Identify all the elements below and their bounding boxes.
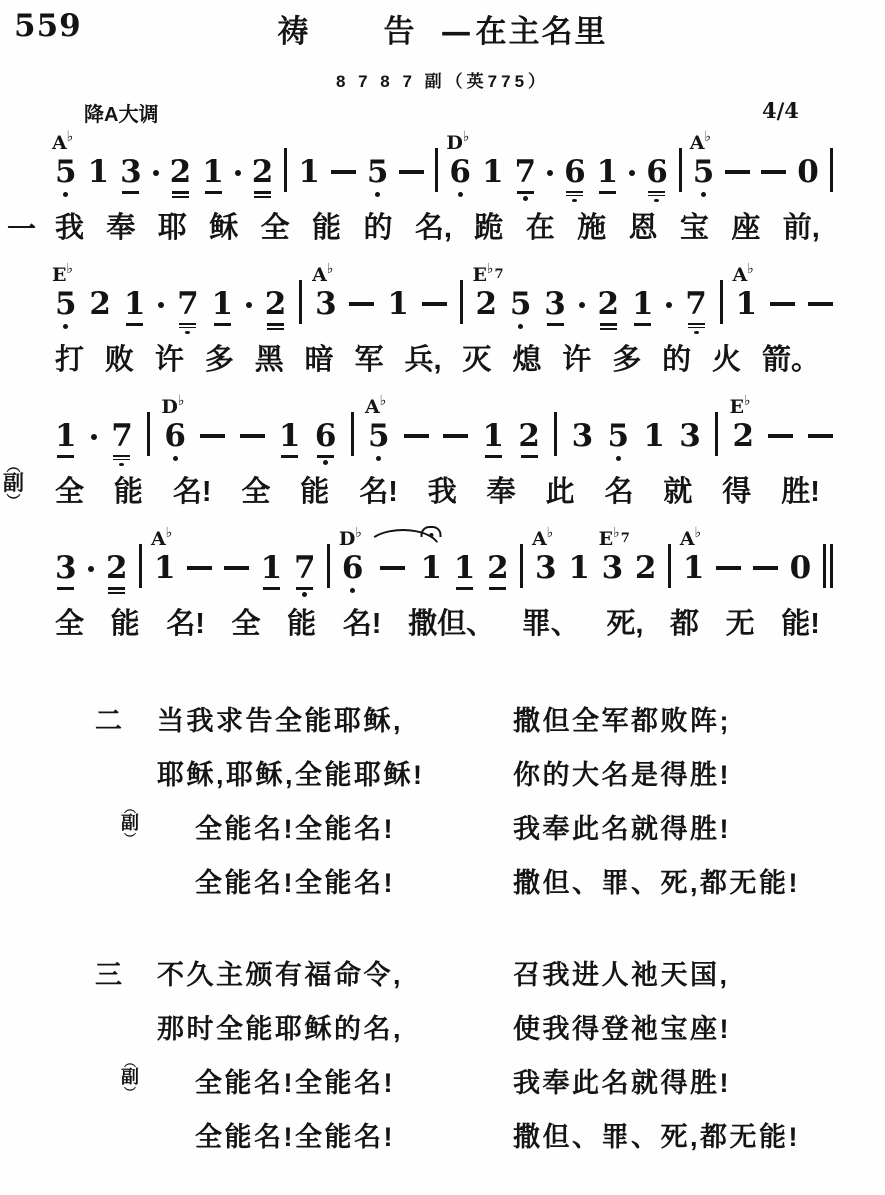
hymn-title-subtitle: 在主名里	[476, 14, 608, 49]
under-zone	[126, 321, 143, 334]
chord-zone	[279, 394, 301, 419]
barline	[147, 394, 150, 466]
chord-zone	[387, 262, 409, 287]
note-digit: 5	[55, 155, 77, 189]
under-zone	[648, 189, 665, 202]
note: 1	[482, 130, 504, 202]
note: 1	[643, 394, 665, 466]
music-system: 17D♭616A♭5123513E♭2	[55, 394, 833, 466]
note-digit	[830, 155, 833, 189]
octave-dot	[323, 460, 328, 465]
augmentation-dot	[629, 130, 635, 202]
note: 2	[106, 526, 128, 598]
lyric-syllable: 多	[205, 339, 234, 381]
chord-symbol: E♭7	[472, 264, 503, 286]
octave-dot	[63, 324, 68, 329]
note-digit	[520, 551, 523, 585]
chord-zone: D♭	[342, 526, 364, 551]
chord-symbol: A♭	[690, 132, 711, 154]
note-digit	[629, 155, 635, 189]
flat-icon: ♭	[67, 129, 74, 145]
chord-zone	[158, 262, 164, 287]
lyric-syllable: 无	[726, 603, 755, 645]
lyric-syllable: 名,	[415, 207, 452, 249]
chord-zone	[351, 394, 354, 419]
duration-dash-mark	[753, 566, 778, 570]
under-zone	[254, 189, 271, 202]
verse-line: 三不久主颁有福命令,召我进人祂天国,	[95, 953, 885, 1007]
lyric-syllable: 能!	[781, 603, 820, 645]
flat-icon: ♭	[744, 393, 751, 409]
chord-zone	[454, 526, 476, 551]
chord-zone	[153, 130, 159, 155]
under-zone	[566, 189, 583, 202]
under-zone	[376, 453, 381, 466]
underline-mark	[648, 191, 665, 193]
lyric-syllable: 能	[114, 471, 143, 513]
verse-line-left: 全能名!全能名!	[157, 861, 513, 900]
verse-line-left: 不久主颁有福命令,	[157, 953, 513, 992]
underline-mark	[566, 195, 583, 197]
chord-zone: A♭	[535, 526, 557, 551]
chord-zone	[88, 130, 110, 155]
note-digit	[224, 551, 249, 585]
lyric-syllable: 就	[663, 471, 692, 513]
note: 1	[632, 262, 654, 334]
bracket-top-icon: ︵	[124, 803, 136, 813]
duration-dash	[349, 262, 374, 334]
note: 3	[120, 130, 142, 202]
chord-symbol: A♭	[532, 528, 553, 550]
chord-zone	[564, 130, 586, 155]
duration-dash-mark	[725, 170, 750, 174]
note-digit	[327, 551, 330, 585]
verse-line-right: 撒但全军都败阵;	[513, 699, 731, 738]
octave-dot	[518, 324, 523, 329]
lyric-syllable: 耶	[158, 207, 187, 249]
barline	[679, 130, 682, 202]
note-digit	[761, 155, 786, 189]
note: 1	[55, 394, 77, 466]
note: 3	[55, 526, 77, 598]
lyric-syllable: 奉	[106, 207, 135, 249]
chord-zone	[55, 526, 77, 551]
underline-mark	[521, 455, 538, 458]
duration-dash	[399, 130, 424, 202]
lyric-syllable: 败	[105, 339, 134, 381]
refrain-marker: ︵副︶	[3, 461, 24, 507]
note: D♭6	[164, 394, 186, 466]
under-zone	[599, 189, 616, 202]
chord-zone: A♭	[683, 526, 705, 551]
lyric-syllable: 能	[111, 603, 140, 645]
note: A♭1	[736, 262, 758, 334]
note-digit: 2	[635, 551, 657, 585]
underline-mark	[214, 323, 231, 326]
underline-mark	[485, 455, 502, 458]
chord-zone	[668, 526, 671, 551]
underline-mark	[688, 327, 705, 329]
lyric-syllable: 打	[55, 339, 84, 381]
underline-mark	[517, 191, 534, 194]
flat-icon: ♭	[66, 261, 73, 277]
note-digit: 3	[120, 155, 142, 189]
note-digit	[147, 419, 150, 453]
note-digit	[808, 419, 833, 453]
note-digit	[770, 287, 795, 321]
chord-zone	[331, 130, 356, 155]
duration-dash	[443, 394, 468, 466]
verse-line: 耶稣,耶稣,全能耶稣!你的大名是得胜!	[95, 753, 885, 807]
note: A♭1	[154, 526, 176, 598]
note-digit: 5	[55, 287, 77, 321]
flat-icon: ♭	[704, 129, 711, 145]
chord-zone	[547, 130, 553, 155]
lyric-syllable: 全	[241, 471, 270, 513]
chord-zone	[510, 262, 532, 287]
chord-zone	[435, 130, 438, 155]
note: A♭3	[535, 526, 557, 598]
note: 1	[88, 130, 110, 202]
note-digit	[349, 287, 374, 321]
duration-dash-mark	[224, 566, 249, 570]
chord-zone	[202, 130, 224, 155]
chord-zone	[666, 262, 672, 287]
chord-zone	[111, 394, 133, 419]
chord-zone	[88, 526, 94, 551]
barline	[668, 526, 671, 598]
key-signature: 降A大调	[84, 98, 158, 127]
chord-zone	[240, 394, 265, 419]
chord-seventh: 7	[495, 267, 504, 282]
tied-note-group: D♭61	[342, 526, 442, 598]
lyric-syllable: 前,	[783, 207, 820, 249]
under-zone	[281, 453, 298, 466]
underline-mark	[113, 455, 130, 457]
verses-section: 二当我求告全能耶稣,撒但全军都败阵;耶稣,耶稣,全能耶稣!你的大名是得胜!︵副︶…	[95, 699, 885, 1169]
note-digit: 1	[482, 155, 504, 189]
duration-dash	[770, 262, 795, 334]
duration-dash-mark	[240, 434, 265, 438]
chord-zone: A♭	[55, 130, 77, 155]
flat-icon: ♭	[463, 129, 470, 145]
augmentation-dot	[153, 130, 159, 202]
note: 1	[279, 394, 301, 466]
note-digit	[284, 155, 287, 189]
chord-zone	[629, 130, 635, 155]
flat-icon: ♭	[355, 525, 362, 541]
augmentation-dot-mark	[158, 302, 164, 308]
octave-dot	[654, 199, 659, 202]
underline-mark	[547, 323, 564, 326]
chord-zone: A♭	[154, 526, 176, 551]
underline-mark	[122, 191, 139, 194]
lyric-syllable: 全	[261, 207, 290, 249]
note-digit: 6	[646, 155, 668, 189]
lyric-syllable: 全	[55, 471, 84, 513]
chord-zone	[808, 394, 833, 419]
chord-zone: D♭	[449, 130, 471, 155]
chord-zone	[753, 526, 778, 551]
chord-zone	[482, 130, 504, 155]
note-digit	[716, 551, 741, 585]
note: 2	[518, 394, 540, 466]
under-zone	[701, 189, 706, 202]
lyric-syllable: 兵,	[404, 339, 441, 381]
octave-dot	[376, 456, 381, 461]
flat-icon: ♭	[178, 393, 185, 409]
note-digit: 3	[544, 287, 566, 321]
note-digit	[240, 419, 265, 453]
underline-mark	[456, 587, 473, 590]
under-zone	[57, 453, 74, 466]
note: 6	[564, 130, 586, 202]
note-digit	[808, 287, 833, 321]
duration-dash	[761, 130, 786, 202]
music-row: 32A♭117D♭6112A♭31E♭732A♭10	[55, 526, 833, 598]
lyric-syllable: 名	[604, 471, 633, 513]
duration-dash-mark	[200, 434, 225, 438]
chord-zone	[761, 130, 786, 155]
chord-zone	[632, 262, 654, 287]
bracket-bottom-icon: ︶	[124, 834, 136, 844]
chord-zone	[170, 130, 192, 155]
verse-line-right: 你的大名是得胜!	[513, 753, 731, 792]
note-digit: 3	[602, 551, 624, 585]
under-zone	[179, 321, 196, 334]
underline-mark	[113, 459, 130, 461]
chord-zone	[224, 526, 249, 551]
verse-line-left: 耶稣,耶稣,全能耶稣!	[157, 753, 513, 792]
chord-zone	[716, 526, 741, 551]
chord-zone	[568, 526, 590, 551]
augmentation-dot	[88, 526, 94, 598]
underline-mark	[205, 191, 222, 194]
note: A♭5	[368, 394, 390, 466]
chord-symbol: A♭	[733, 264, 754, 286]
under-zone	[458, 189, 463, 202]
underline-mark	[57, 455, 74, 458]
underline-mark	[57, 587, 74, 590]
chord-symbol: A♭	[52, 132, 73, 154]
note: 3	[572, 394, 594, 466]
meter-info: 8 7 8 7 副（英775）	[0, 67, 885, 92]
chord-zone	[91, 394, 97, 419]
note: 1	[597, 130, 619, 202]
note: E♭2	[733, 394, 755, 466]
augmentation-dot-mark	[88, 566, 94, 572]
duration-dash-mark	[761, 170, 786, 174]
chord-symbol: A♭	[680, 528, 701, 550]
note: 6	[315, 394, 337, 466]
chord-zone	[367, 130, 389, 155]
note-digit: 2	[252, 155, 274, 189]
note: 1	[568, 526, 590, 598]
note-digit: 1	[483, 419, 505, 453]
chord-zone	[515, 130, 537, 155]
duration-dash-mark	[716, 566, 741, 570]
verse-line: 全能名!全能名!撒但、罪、死,都无能!	[95, 861, 885, 915]
note: E♭73	[602, 526, 624, 598]
barline	[520, 526, 523, 598]
note-digit: 7	[515, 155, 537, 189]
chord-zone: E♭7	[602, 526, 624, 551]
note-digit: 5	[510, 287, 532, 321]
lyric-syllable: 多	[612, 339, 641, 381]
lyric-syllable: 火	[712, 339, 741, 381]
barline	[830, 130, 833, 202]
chord-zone	[89, 262, 111, 287]
lyric-syllable: 死,	[606, 603, 643, 645]
hymn-title-dash: —	[441, 14, 472, 50]
under-zone	[600, 321, 617, 334]
chord-zone	[315, 394, 337, 419]
note-digit: 2	[598, 287, 620, 321]
duration-dash	[331, 130, 356, 202]
under-zone	[518, 321, 523, 334]
under-zone	[616, 453, 621, 466]
bracket-bottom-icon: ︶	[124, 1088, 136, 1098]
chord-zone	[554, 394, 557, 419]
chord-zone	[518, 394, 540, 419]
note-digit: 1	[387, 287, 409, 321]
note-digit: 2	[487, 551, 509, 585]
chord-zone: A♭	[368, 394, 390, 419]
chord-zone	[246, 262, 252, 287]
note: 5	[510, 262, 532, 334]
chord-symbol: D♭	[339, 528, 362, 550]
duration-dash	[422, 262, 447, 334]
barline	[720, 262, 723, 334]
note-digit: 2	[733, 419, 755, 453]
chord-zone	[327, 526, 330, 551]
note-digit	[158, 287, 164, 321]
music-system: 32A♭117D♭6112A♭31E♭732A♭10	[55, 526, 833, 598]
underline-mark	[281, 455, 298, 458]
chord-symbol: A♭	[151, 528, 172, 550]
note-digit	[443, 419, 468, 453]
under-zone	[521, 453, 538, 466]
note-digit: 2	[106, 551, 128, 585]
chord-zone	[120, 130, 142, 155]
underline-mark	[179, 323, 196, 325]
note-digit	[679, 155, 682, 189]
verse-line-right: 使我得登祂宝座!	[513, 1007, 731, 1046]
chord-zone	[790, 526, 812, 551]
under-zone	[263, 585, 280, 598]
note: 2	[487, 526, 509, 598]
octave-dot	[694, 331, 699, 334]
lyric-syllable: 稣	[209, 207, 238, 249]
chord-zone	[200, 394, 225, 419]
chord-zone	[823, 526, 833, 551]
note: 1	[454, 526, 476, 598]
underline-mark	[179, 327, 196, 329]
chord-symbol: D♭	[446, 132, 469, 154]
note: 1	[212, 262, 234, 334]
music-system: E♭521712A♭31E♭7253217A♭1	[55, 262, 833, 334]
chord-zone	[147, 394, 150, 419]
note-digit: 1	[55, 419, 77, 453]
barline	[284, 130, 287, 202]
under-zone	[172, 189, 189, 202]
underline-mark	[172, 191, 189, 194]
note-digit	[399, 155, 424, 189]
music-row: E♭521712A♭31E♭7253217A♭1	[55, 262, 833, 334]
under-zone	[63, 321, 68, 334]
lyric-syllable: 我	[55, 207, 84, 249]
lyric-row: 一我奉耶稣全能的名,跪在施恩宝座前,	[55, 207, 820, 249]
bracket-top-icon: ︵	[7, 461, 21, 472]
note-digit: 3	[55, 551, 77, 585]
duration-dash	[240, 394, 265, 466]
under-zone	[296, 585, 313, 598]
lyric-syllable: 的	[363, 207, 392, 249]
lyric-syllable: 得	[722, 471, 751, 513]
note-digit	[380, 551, 405, 585]
lyric-syllable: 胜!	[781, 471, 820, 513]
barline	[299, 262, 302, 334]
chord-symbol: A♭	[365, 396, 386, 418]
flat-icon: ♭	[613, 525, 620, 541]
chord-zone	[598, 262, 620, 287]
chord-zone: E♭	[55, 262, 77, 287]
note-digit	[422, 287, 447, 321]
chord-symbol: D♭	[161, 396, 184, 418]
augmentation-dot-mark	[153, 170, 159, 176]
note-digit: 1	[643, 419, 665, 453]
under-zone	[63, 189, 68, 202]
duration-dash	[200, 394, 225, 466]
verse-line: 那时全能耶稣的名,使我得登祂宝座!	[95, 1007, 885, 1061]
augmentation-dot	[246, 262, 252, 334]
flat-icon: ♭	[487, 261, 494, 277]
lyric-syllable: 我	[428, 471, 457, 513]
note-digit: 1	[454, 551, 476, 585]
note: 1	[387, 262, 409, 334]
note-digit	[187, 551, 212, 585]
augmentation-dot-mark	[579, 302, 585, 308]
lyric-syllable: 的	[662, 339, 691, 381]
note-digit: 3	[535, 551, 557, 585]
flat-icon: ♭	[547, 525, 554, 541]
lyric-syllable: 能	[312, 207, 341, 249]
chord-zone	[483, 394, 505, 419]
refrain-marker-label: 副	[121, 1067, 139, 1088]
note: E♭5	[55, 262, 77, 334]
verse-line: ︵副︶全能名!全能名!我奉此名就得胜!	[95, 1061, 885, 1115]
note-digit: 1	[568, 551, 590, 585]
underline-mark	[600, 328, 617, 331]
lyric-row: ︵副︶全能名!全能名!我奉此名就得胜!	[55, 471, 820, 513]
chord-zone	[768, 394, 793, 419]
hymn-title-main: 祷 告	[278, 14, 437, 49]
under-zone	[267, 321, 284, 334]
lyric-syllable: 能	[287, 603, 316, 645]
note: 7	[685, 262, 707, 334]
chord-zone	[679, 394, 701, 419]
note-digit: 5	[608, 419, 630, 453]
verse-line: ︵副︶全能名!全能名!我奉此名就得胜!	[95, 807, 885, 861]
duration-dash	[224, 526, 249, 598]
note: 0	[790, 526, 812, 598]
barline	[715, 394, 718, 466]
note-digit	[404, 419, 429, 453]
chord-zone	[544, 262, 566, 287]
note-digit: 6	[449, 155, 471, 189]
underline-mark	[108, 592, 125, 595]
underline-mark	[599, 191, 616, 194]
